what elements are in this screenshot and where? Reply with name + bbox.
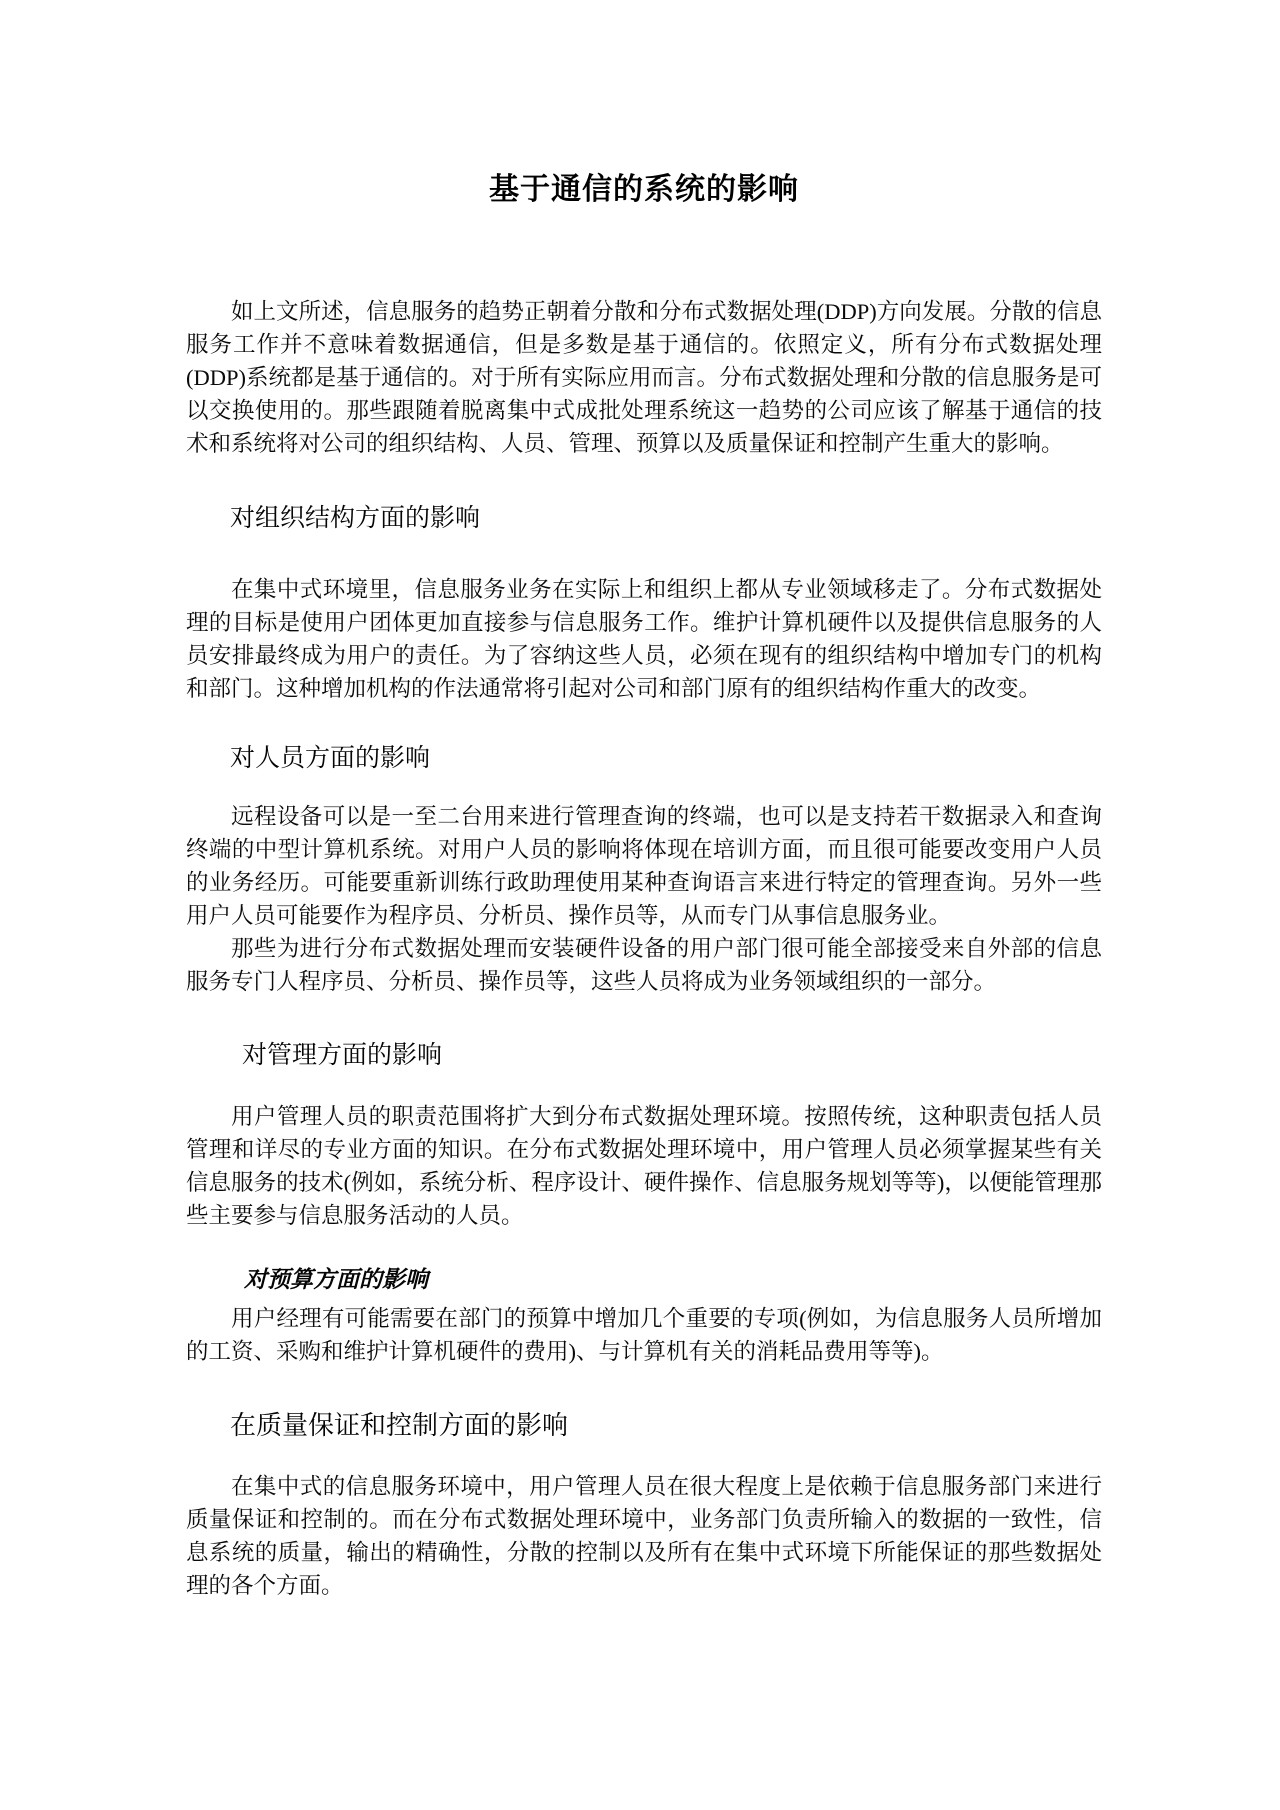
section-heading-organization: 对组织结构方面的影响: [186, 503, 1102, 533]
document-content: 基于通信的系统的影响 如上文所述，信息服务的趋势正朝着分散和分布式数据处理(DD…: [186, 0, 1102, 1602]
document-page: 基于通信的系统的影响 如上文所述，信息服务的趋势正朝着分散和分布式数据处理(DD…: [0, 0, 1280, 1810]
section-paragraph-personnel-1: 远程设备可以是一至二台用来进行管理查询的终端，也可以是支持若干数据录入和查询终端…: [186, 800, 1102, 932]
section-paragraph-organization: 在集中式环境里，信息服务业务在实际上和组织上都从专业领域移走了。分布式数据处理的…: [186, 573, 1102, 705]
section-heading-management: 对管理方面的影响: [186, 1040, 1102, 1070]
section-heading-budget: 对预算方面的影响: [186, 1265, 1102, 1295]
section-heading-quality-control: 在质量保证和控制方面的影响: [186, 1410, 1102, 1440]
section-paragraph-quality-control: 在集中式的信息服务环境中，用户管理人员在很大程度上是依赖于信息服务部门来进行质量…: [186, 1470, 1102, 1602]
section-heading-personnel: 对人员方面的影响: [186, 743, 1102, 773]
section-paragraph-budget: 用户经理有可能需要在部门的预算中增加几个重要的专项(例如，为信息服务人员所增加的…: [186, 1302, 1102, 1368]
page-title: 基于通信的系统的影响: [186, 172, 1102, 208]
section-paragraph-management: 用户管理人员的职责范围将扩大到分布式数据处理环境。按照传统，这种职责包括人员管理…: [186, 1100, 1102, 1232]
intro-paragraph: 如上文所述，信息服务的趋势正朝着分散和分布式数据处理(DDP)方向发展。分散的信…: [186, 295, 1102, 460]
section-paragraph-personnel-2: 那些为进行分布式数据处理而安装硬件设备的用户部门很可能全部接受来自外部的信息服务…: [186, 932, 1102, 998]
